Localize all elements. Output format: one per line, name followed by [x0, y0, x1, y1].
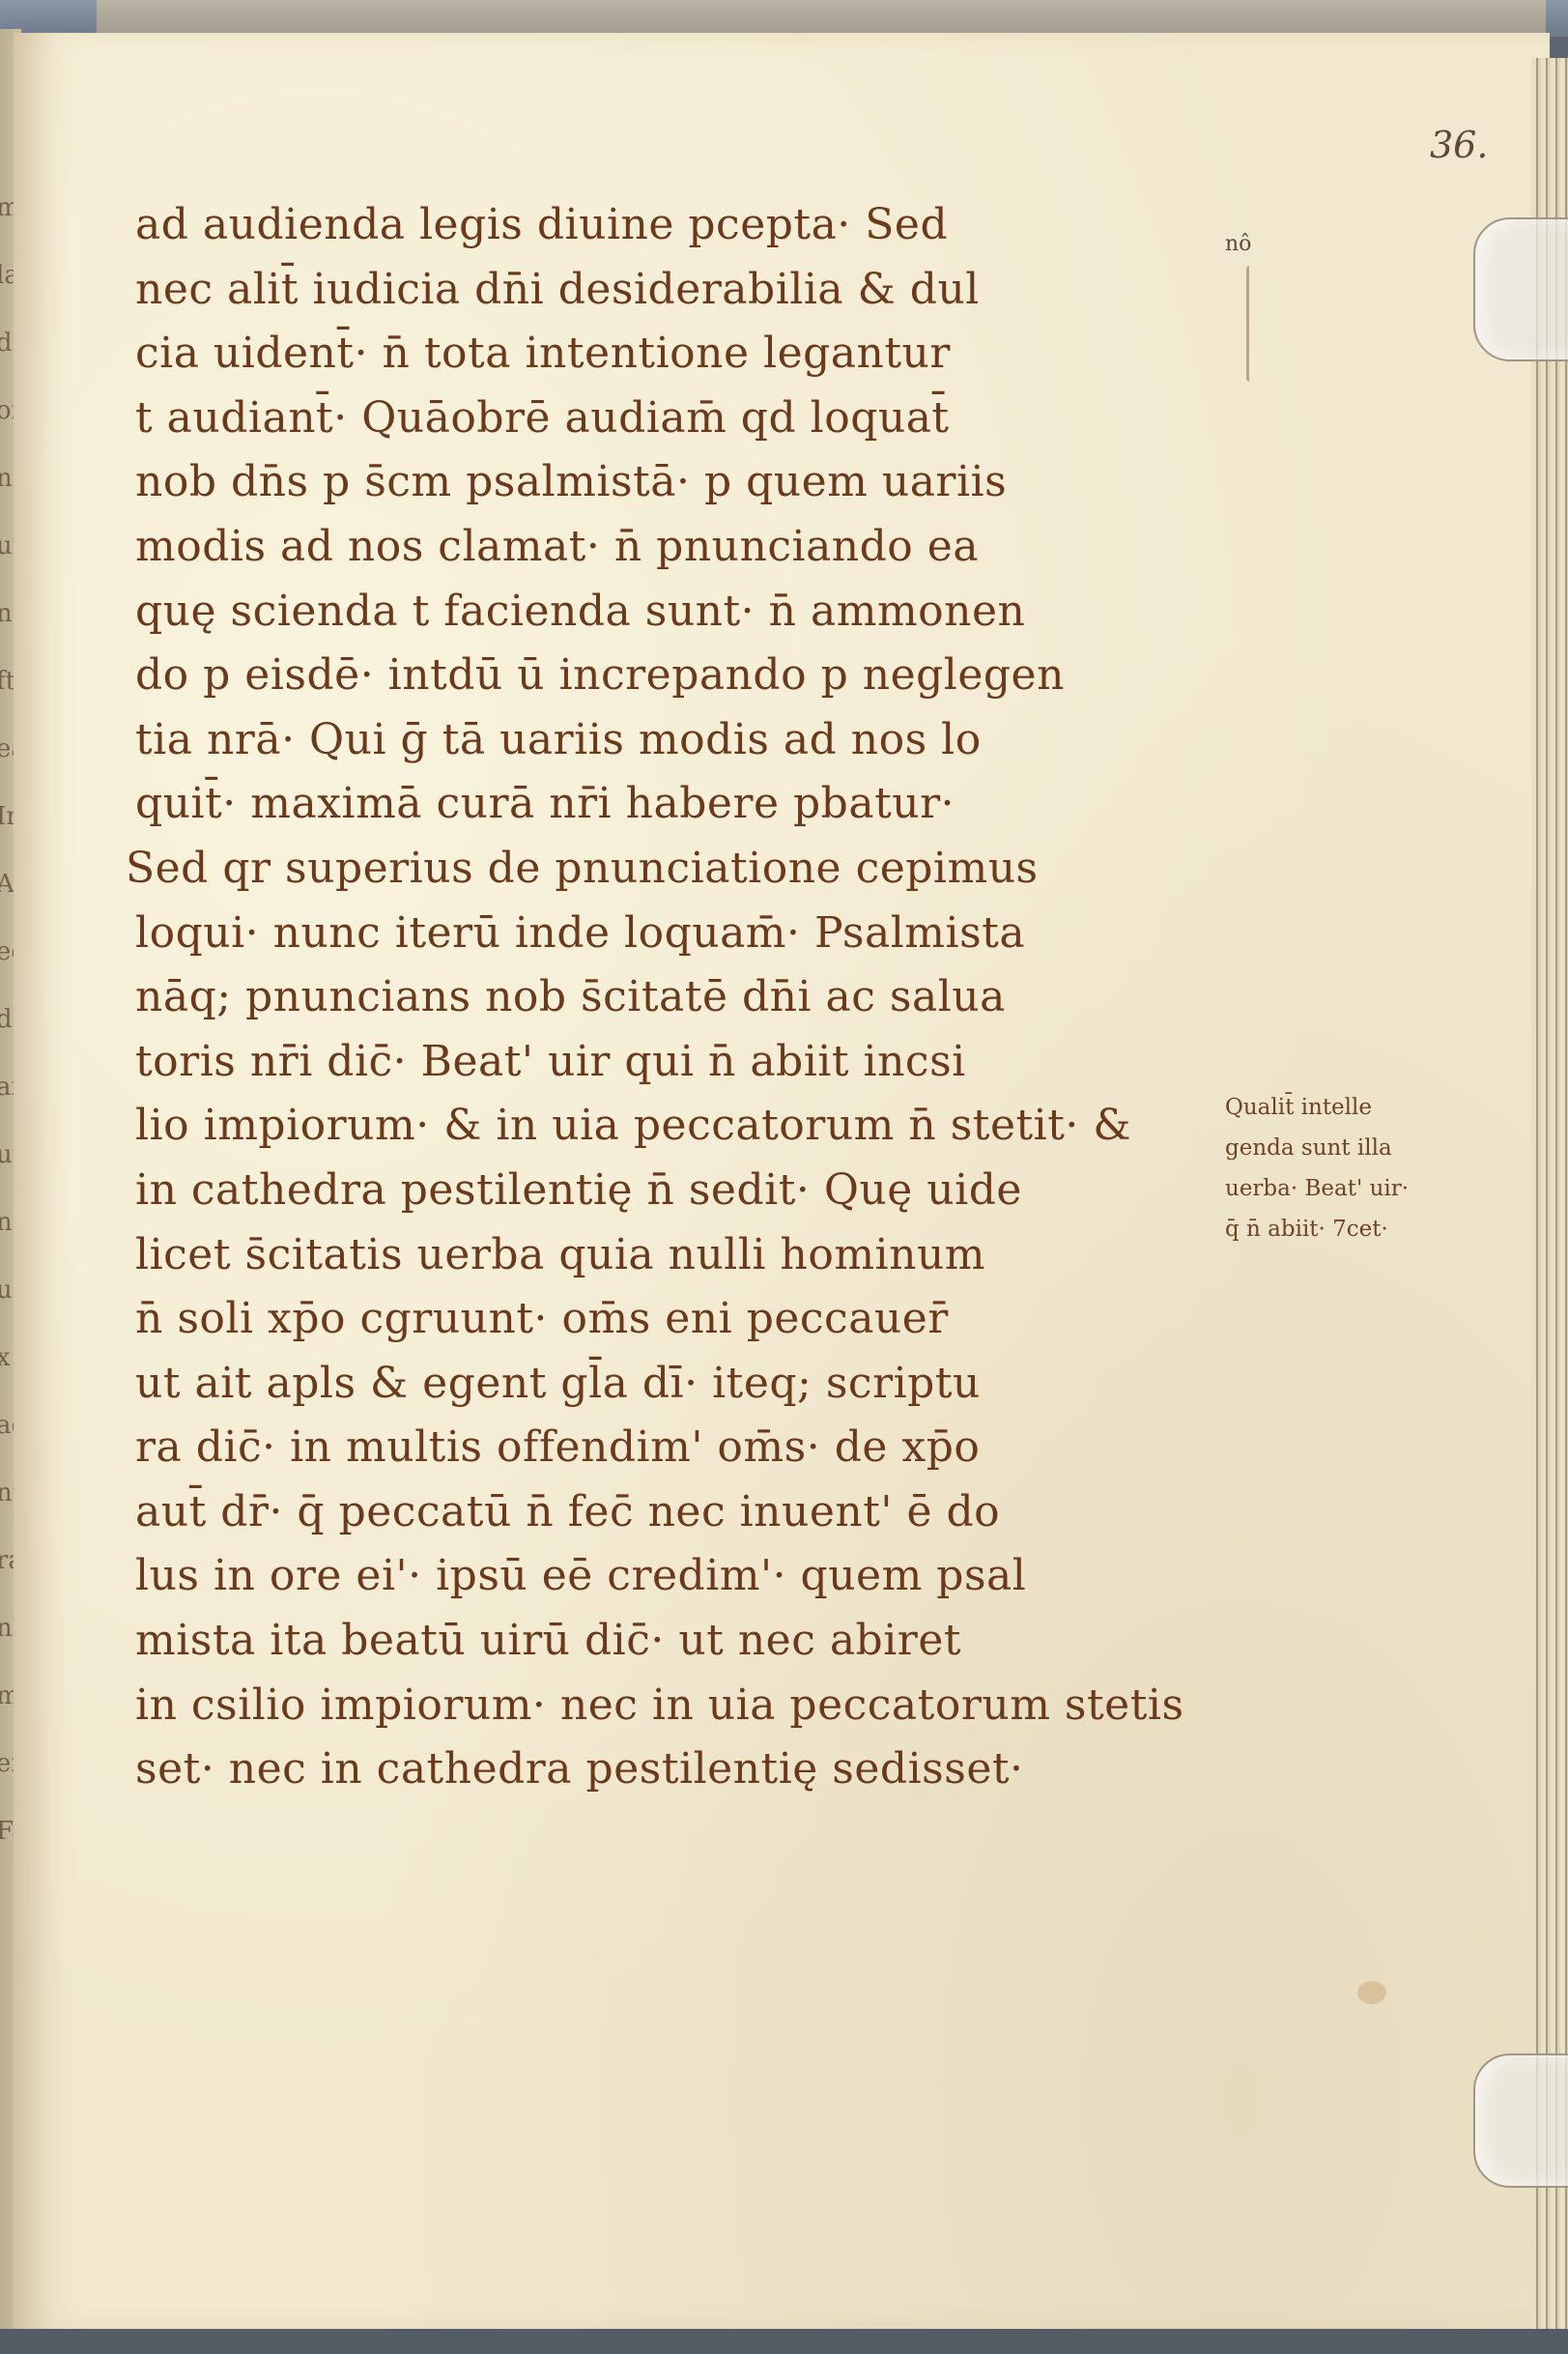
text-line: ra dic̄· in multis offendim' om̄s· de xp… — [135, 1416, 1208, 1480]
bottom-background-band — [0, 2329, 1568, 2354]
text-line: nāq; pnuncians nob s̄citatē dn̄i ac salu… — [135, 965, 1208, 1030]
text-line: cia uident̄· n̄ tota intentione legantur — [135, 322, 1208, 387]
text-line: Sed qr superius de pnunciatione cepimus — [126, 837, 1208, 902]
text-line: licet s̄citatis uerba quia nulli hominum — [135, 1223, 1208, 1288]
text-line: set· nec in cathedra pestilentię sedisse… — [135, 1737, 1208, 1802]
text-line: lus in ore ei'· ipsū eē credim'· quem ps… — [135, 1544, 1208, 1609]
text-line: n̄ soli xp̄o cgruunt· om̄s eni peccauer̄ — [135, 1287, 1208, 1352]
text-line: toris nr̄i dic̄· Beat' uir qui n̄ abiit … — [135, 1030, 1208, 1095]
parchment-stain — [1357, 1981, 1386, 2004]
page-clip-top — [1473, 217, 1568, 361]
binding-board-top — [97, 0, 1546, 37]
text-line: tia nrā· Qui ḡ tā uariis modis ad nos lo — [135, 708, 1208, 773]
text-line: quit̄· maximā curā nr̄i habere pbatur· — [135, 772, 1208, 837]
text-line: loqui· nunc iterū inde loquam̄· Psalmist… — [135, 902, 1208, 966]
text-line: nob dn̄s p s̄cm psalmistā· p quem uariis — [135, 450, 1208, 515]
folio-number: 36. — [1430, 124, 1488, 166]
text-line: ut ait apls & egent gl̄a dī· iteq; scrip… — [135, 1352, 1208, 1417]
text-line: aut̄ dr̄· q̄ peccatū n̄ fec̄ nec inuent'… — [135, 1480, 1208, 1545]
page-clip-bottom — [1473, 2053, 1568, 2188]
marginal-note-line: genda sunt illa — [1225, 1128, 1476, 1168]
text-line: modis ad nos clamat· n̄ pnunciando ea — [135, 515, 1208, 580]
text-line: do p eisdē· intdū ū increpando p neglege… — [135, 644, 1208, 708]
page-edges — [1531, 58, 1568, 2329]
text-line: lio impiorum· & in uia peccatorum n̄ ste… — [135, 1094, 1208, 1159]
marginal-bracket — [1246, 266, 1253, 382]
marginal-gloss-no: nô — [1225, 232, 1251, 256]
text-line: ad audienda legis diuine pcepta· Sed — [135, 193, 1208, 258]
marginal-note-line: q̄ n̄ abiit· 7cet· — [1225, 1209, 1476, 1249]
text-line: mista ita beatū uirū dic̄· ut nec abiret — [135, 1609, 1208, 1674]
marginal-note-line: uerba· Beat' uir· — [1225, 1168, 1476, 1209]
text-line: t audiant̄· Quāobrē audiam̄ qd loquat̄ — [135, 387, 1208, 451]
main-text-block: ad audienda legis diuine pcepta· Sed nec… — [135, 193, 1208, 1802]
marginal-note-line: Qualit̄ intelle — [1225, 1087, 1476, 1128]
text-line: nec alit̄ iudicia dn̄i desiderabilia & d… — [135, 258, 1208, 323]
text-line: in csilio impiorum· nec in uia peccatoru… — [135, 1674, 1208, 1738]
text-line: in cathedra pestilentię n̄ sedit· Quę ui… — [135, 1159, 1208, 1223]
marginal-note: Qualit̄ intelle genda sunt illa uerba· B… — [1225, 1087, 1476, 1249]
text-line: quę scienda t facienda sunt· n̄ ammonen — [135, 580, 1208, 645]
